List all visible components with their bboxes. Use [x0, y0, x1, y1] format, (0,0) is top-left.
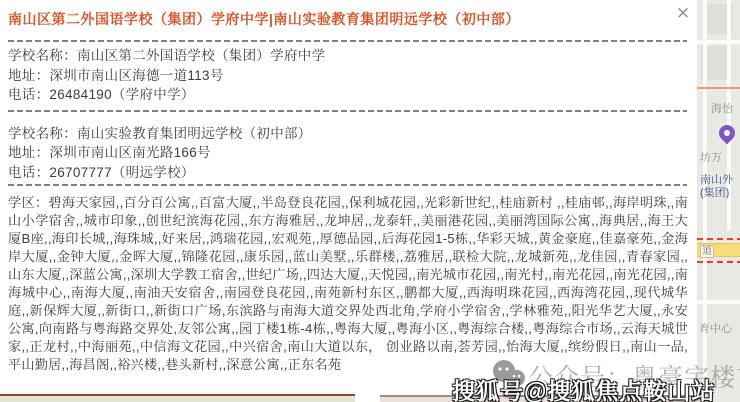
- school-info-block-2: 学校名称：南山实验教育集团明远学校（初中部） 地址：深圳市南山区南光路166号 …: [8, 124, 687, 183]
- school-address-value: 深圳市南山区海德一道113号: [49, 68, 223, 83]
- location-pin-icon[interactable]: [716, 122, 739, 145]
- map-road-sign: 道: [700, 245, 714, 258]
- dashed-divider: [8, 110, 687, 112]
- underlying-page-strip: [0, 392, 697, 402]
- school-address-line: 地址：深圳市南山区海德一道113号: [8, 66, 687, 86]
- school-address-value: 深圳市南山区南光路166号: [49, 145, 210, 160]
- school-name-value: 南山实验教育集团明远学校（初中部）: [77, 126, 312, 141]
- school-info-popup: 南山区第二外国语学校（集团）学府中学|南山实验教育集团明远学校（初中部） 学校名…: [0, 0, 697, 392]
- map-label: 育中心: [699, 323, 732, 335]
- district-boundary-dash: [697, 238, 740, 240]
- school-phone-value: 26707777（明远学校）: [49, 165, 194, 180]
- map-road: [697, 300, 740, 304]
- map-label-school: 南山外: [700, 174, 733, 186]
- underlying-band-left: [0, 394, 355, 402]
- school-phone-label: 电话：: [8, 165, 49, 180]
- school-name-label: 学校名称：: [8, 126, 77, 141]
- background-map[interactable]: 海怡 坊万 南山外 (集团) 道 育中心: [697, 0, 740, 402]
- school-phone-line: 电话：26484190（学府中学）: [8, 85, 687, 105]
- map-label: 坊万: [700, 152, 722, 164]
- district-text: 碧海天家园,,百分百公寓,,百富大厦,,半岛登良花园,,保利城花园,,光彩新世纪…: [8, 195, 688, 372]
- school-district-paragraph: 学区：碧海天家园,,百分百公寓,,百富大厦,,半岛登良花园,,保利城花园,,光彩…: [8, 194, 688, 374]
- school-name-line: 学校名称：南山实验教育集团明远学校（初中部）: [8, 124, 687, 144]
- dashed-divider: [8, 40, 687, 42]
- map-road-orange: [697, 87, 740, 89]
- school-name-line: 学校名称：南山区第二外国语学校（集团）学府中学: [8, 46, 687, 66]
- school-name-label: 学校名称：: [8, 48, 77, 63]
- page: 海怡 坊万 南山外 (集团) 道 育中心 南山区第二外国语学校（集团）学府中学|…: [0, 0, 740, 402]
- map-label-school: (集团): [700, 187, 729, 199]
- school-phone-label: 电话：: [8, 87, 49, 102]
- map-label: 海怡: [711, 103, 733, 115]
- map-road: [697, 40, 740, 44]
- close-icon[interactable]: ×: [674, 4, 692, 22]
- school-address-line: 地址：深圳市南山区南光路166号: [8, 143, 687, 163]
- school-phone-value: 26484190（学府中学）: [49, 87, 194, 102]
- underlying-band-right: [380, 395, 697, 402]
- popup-title: 南山区第二外国语学校（集团）学府中学|南山实验教育集团明远学校（初中部）: [8, 8, 668, 30]
- district-boundary-dash: [697, 261, 740, 263]
- school-name-value: 南山区第二外国语学校（集团）学府中学: [77, 48, 325, 63]
- dashed-divider: [8, 184, 687, 186]
- school-phone-line: 电话：26707777（明远学校）: [8, 163, 687, 183]
- map-road: [703, 0, 707, 402]
- school-info-block-1: 学校名称：南山区第二外国语学校（集团）学府中学 地址：深圳市南山区海德一道113…: [8, 46, 687, 105]
- school-address-label: 地址：: [8, 145, 49, 160]
- school-address-label: 地址：: [8, 68, 49, 83]
- district-label: 学区：: [8, 195, 48, 210]
